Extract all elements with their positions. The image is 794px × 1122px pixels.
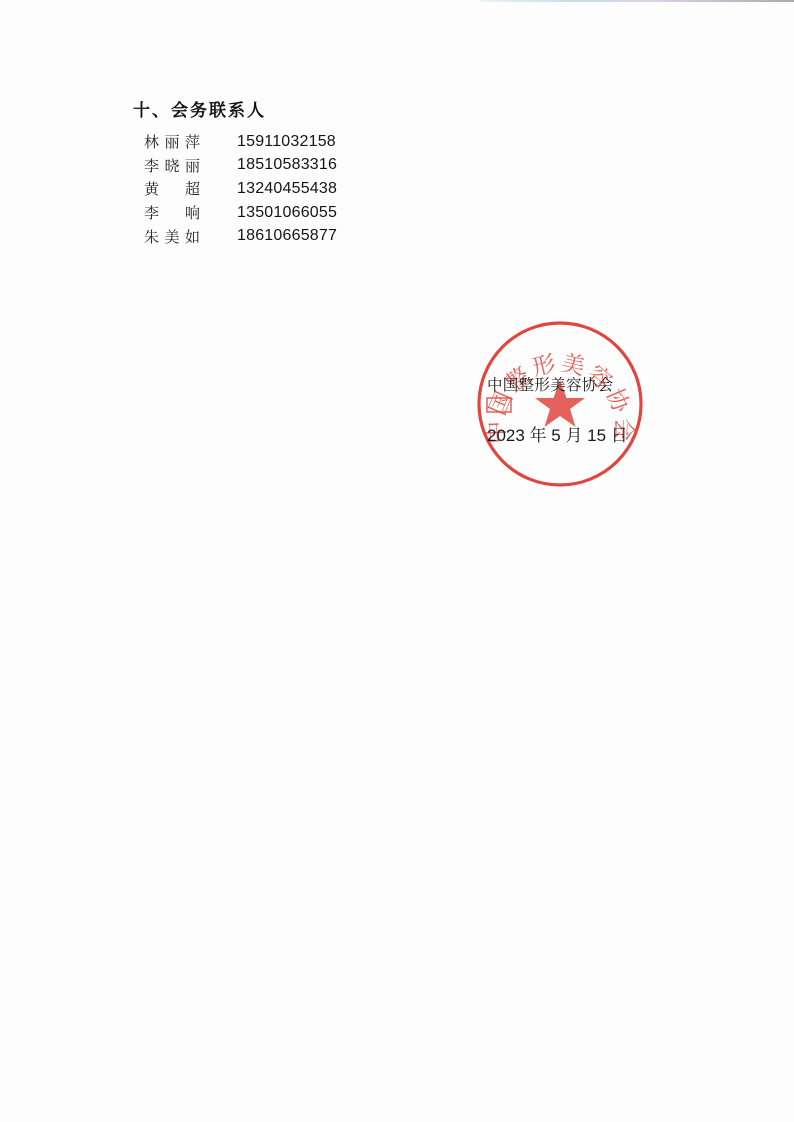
- official-seal: 中国整形美容协会: [476, 320, 644, 488]
- contact-row: 李晓丽18510583316: [144, 154, 200, 178]
- contact-row: 黄超13240455438: [144, 177, 200, 201]
- contact-row: 林丽萍15911032158: [144, 130, 200, 154]
- contact-list: 林丽萍15911032158李晓丽18510583316黄超1324045543…: [144, 130, 200, 248]
- contact-name: 林丽萍: [144, 131, 200, 152]
- section-heading: 十、会务联系人: [133, 96, 266, 121]
- contact-row: 朱美如18610665877: [144, 224, 200, 248]
- contact-phone: 18610665877: [237, 227, 337, 245]
- issue-date: 2023 年 5 月 15 日: [487, 421, 628, 446]
- contact-name: 黄超: [144, 178, 200, 199]
- contact-phone: 18510583316: [237, 156, 337, 174]
- issuer-name: 中国整形美容协会: [487, 373, 613, 395]
- scan-edge-artifact: [480, 0, 794, 2]
- contact-name: 朱美如: [144, 226, 200, 247]
- contact-phone: 15911032158: [237, 133, 336, 151]
- contact-phone: 13501066055: [237, 204, 337, 222]
- contact-name: 李响: [144, 202, 200, 223]
- contact-row: 李响13501066055: [144, 201, 200, 225]
- contact-name: 李晓丽: [144, 155, 200, 176]
- contact-phone: 13240455438: [237, 180, 337, 198]
